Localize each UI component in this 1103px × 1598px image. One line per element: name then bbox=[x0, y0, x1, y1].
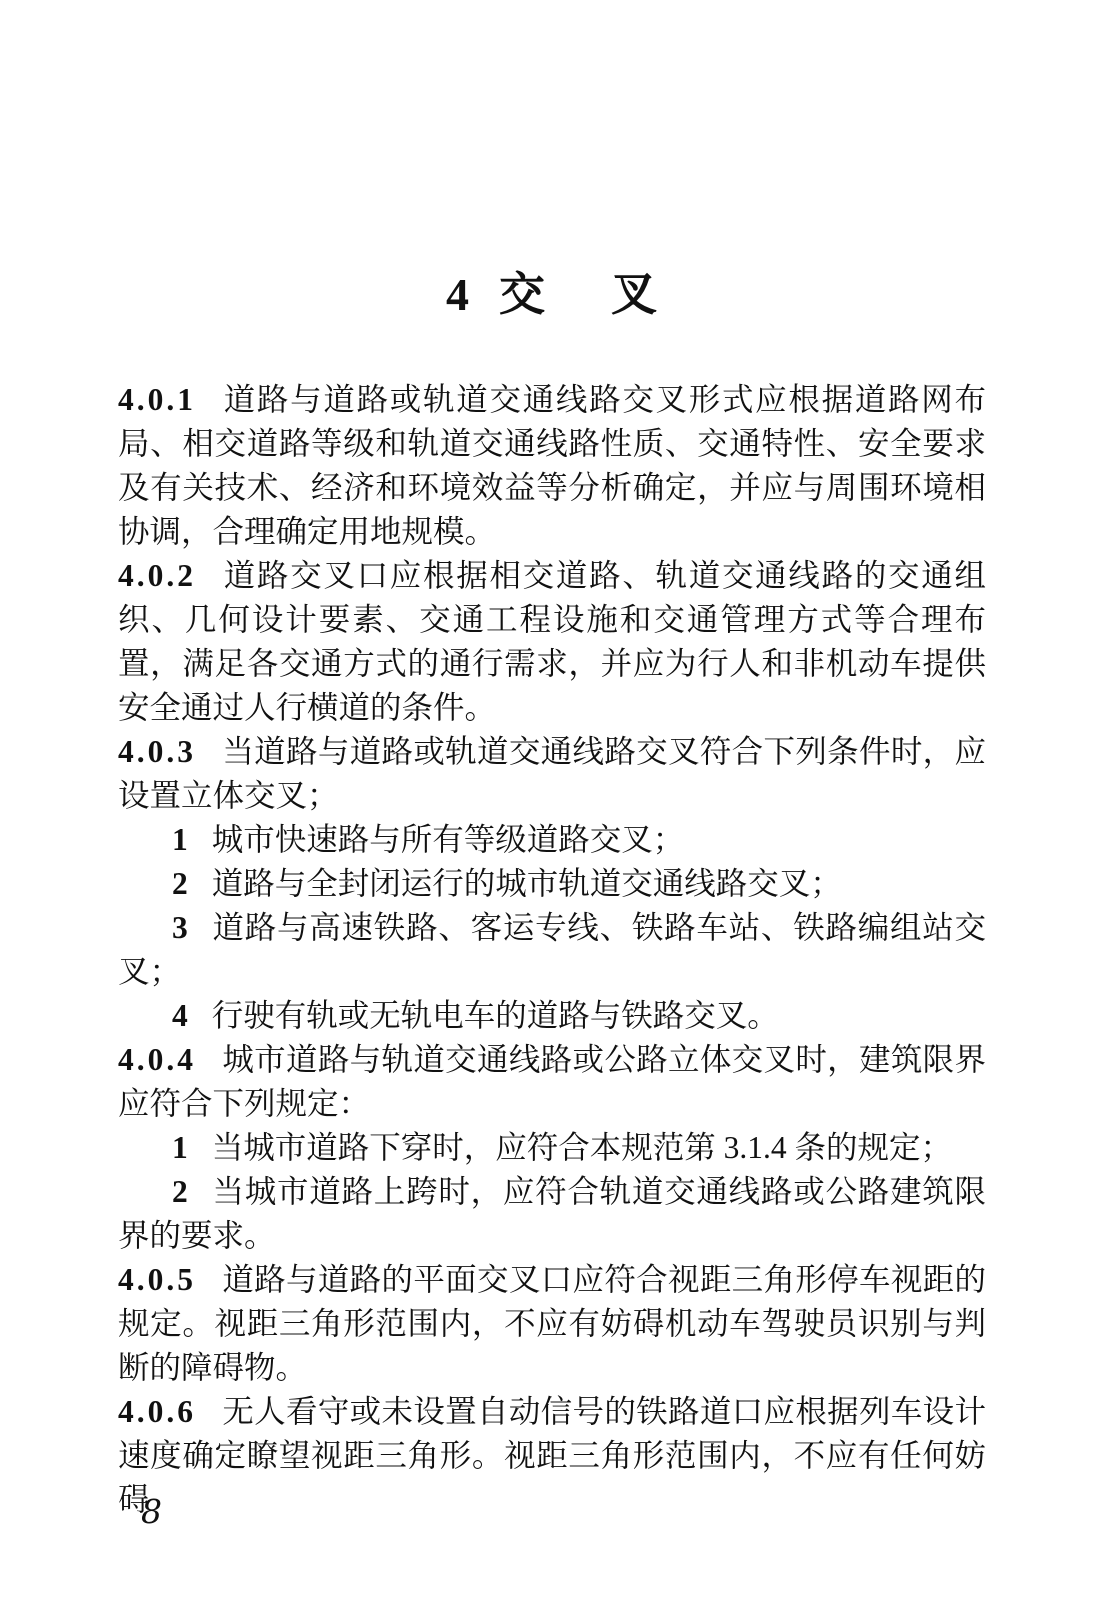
item-number: 1 bbox=[172, 1130, 212, 1165]
clause-4-0-4-item-1: 1当城市道路下穿时，应符合本规范第 3.1.4 条的规定； bbox=[118, 1126, 986, 1170]
clause-text: 道路与道路或轨道交通线路交叉形式应根据道路网布局、相交道路等级和轨道交通线路性质… bbox=[118, 382, 986, 549]
chapter-number: 4 bbox=[446, 269, 469, 320]
document-page: 4交叉 4.0.1道路与道路或轨道交通线路交叉形式应根据道路网布局、相交道路等级… bbox=[0, 0, 1103, 1598]
clause-number: 4.0.1 bbox=[118, 382, 222, 417]
item-text: 当城市道路下穿时，应符合本规范第 3.1.4 条的规定； bbox=[212, 1130, 952, 1165]
clause-4-0-3-item-1: 1城市快速路与所有等级道路交叉； bbox=[118, 818, 986, 862]
clause-text: 城市道路与轨道交通线路或公路立体交叉时，建筑限界应符合下列规定： bbox=[118, 1042, 986, 1121]
body-text: 4.0.1道路与道路或轨道交通线路交叉形式应根据道路网布局、相交道路等级和轨道交… bbox=[118, 378, 986, 1522]
clause-4-0-3-item-3: 3道路与高速铁路、客运专线、铁路车站、铁路编组站交叉； bbox=[118, 906, 986, 994]
clause-number: 4.0.3 bbox=[118, 734, 222, 769]
clause-4-0-6: 4.0.6无人看守或未设置自动信号的铁路道口应根据列车设计速度确定瞭望视距三角形… bbox=[118, 1390, 986, 1522]
chapter-heading: 4交叉 bbox=[0, 258, 1103, 324]
clause-4-0-1: 4.0.1道路与道路或轨道交通线路交叉形式应根据道路网布局、相交道路等级和轨道交… bbox=[118, 378, 986, 554]
clause-4-0-2: 4.0.2道路交叉口应根据相交道路、轨道交通线路的交通组织、几何设计要素、交通工… bbox=[118, 554, 986, 730]
item-number: 2 bbox=[172, 866, 212, 901]
chapter-title-char-2: 叉 bbox=[611, 269, 657, 320]
clause-number: 4.0.2 bbox=[118, 558, 222, 593]
item-number: 1 bbox=[172, 822, 212, 857]
clause-text: 无人看守或未设置自动信号的铁路道口应根据列车设计速度确定瞭望视距三角形。视距三角… bbox=[118, 1394, 986, 1517]
item-text: 道路与全封闭运行的城市轨道交通线路交叉； bbox=[212, 866, 842, 901]
clause-4-0-5: 4.0.5道路与道路的平面交叉口应符合视距三角形停车视距的规定。视距三角形范围内… bbox=[118, 1258, 986, 1390]
clause-number: 4.0.4 bbox=[118, 1042, 222, 1077]
clause-4-0-3-item-2: 2道路与全封闭运行的城市轨道交通线路交叉； bbox=[118, 862, 986, 906]
clause-4-0-4-item-2: 2当城市道路上跨时，应符合轨道交通线路或公路建筑限界的要求。 bbox=[118, 1170, 986, 1258]
clause-text: 道路与道路的平面交叉口应符合视距三角形停车视距的规定。视距三角形范围内，不应有妨… bbox=[118, 1262, 986, 1385]
item-number: 4 bbox=[172, 998, 212, 1033]
clause-text: 当道路与道路或轨道交通线路交叉符合下列条件时，应设置立体交叉； bbox=[118, 734, 986, 813]
page-number: 8 bbox=[141, 1492, 162, 1531]
chapter-title-char-1: 交 bbox=[499, 269, 545, 320]
item-text: 城市快速路与所有等级道路交叉； bbox=[212, 822, 685, 857]
item-text: 行驶有轨或无轨电车的道路与铁路交叉。 bbox=[212, 998, 779, 1033]
clause-number: 4.0.6 bbox=[118, 1394, 222, 1429]
item-number: 3 bbox=[172, 910, 212, 945]
clause-4-0-3-item-4: 4行驶有轨或无轨电车的道路与铁路交叉。 bbox=[118, 994, 986, 1038]
clause-4-0-4: 4.0.4城市道路与轨道交通线路或公路立体交叉时，建筑限界应符合下列规定： bbox=[118, 1038, 986, 1126]
clause-text: 道路交叉口应根据相交道路、轨道交通线路的交通组织、几何设计要素、交通工程设施和交… bbox=[118, 558, 986, 725]
clause-4-0-3: 4.0.3当道路与道路或轨道交通线路交叉符合下列条件时，应设置立体交叉； bbox=[118, 730, 986, 818]
item-text: 当城市道路上跨时，应符合轨道交通线路或公路建筑限界的要求。 bbox=[118, 1174, 986, 1253]
item-number: 2 bbox=[172, 1174, 212, 1209]
clause-number: 4.0.5 bbox=[118, 1262, 222, 1297]
item-text: 道路与高速铁路、客运专线、铁路车站、铁路编组站交叉； bbox=[118, 910, 986, 989]
